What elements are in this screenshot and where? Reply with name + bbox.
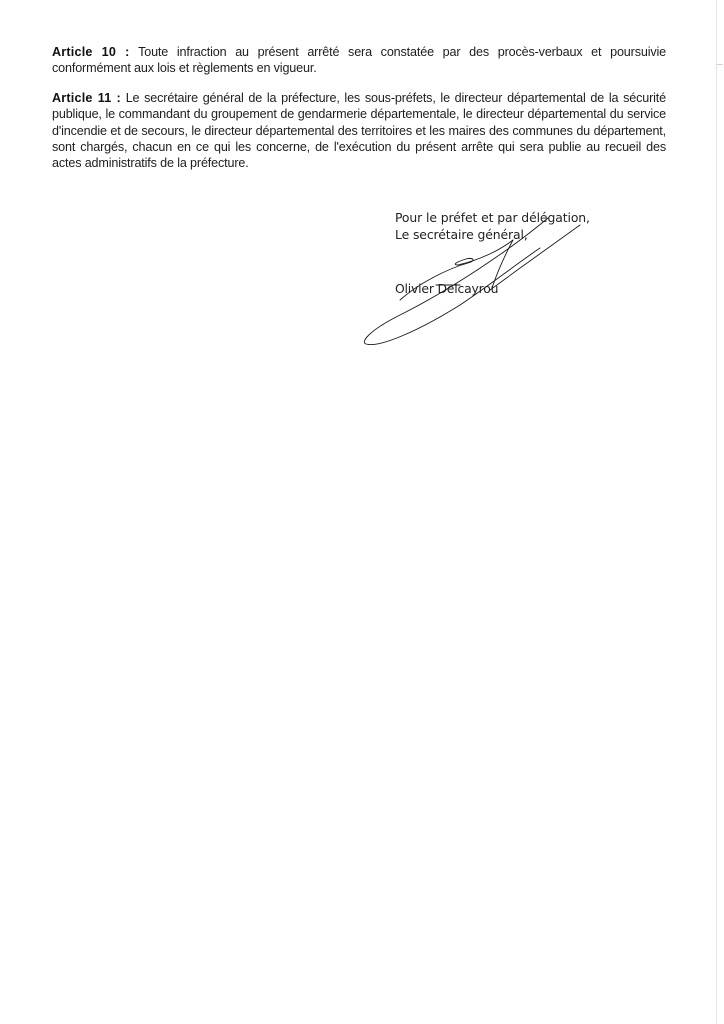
scan-edge-line xyxy=(716,0,717,1024)
article-11-label: Article 11 : xyxy=(52,91,121,105)
document-page: Article 10 : Toute infraction au présent… xyxy=(0,0,724,1024)
article-10: Article 10 : Toute infraction au présent… xyxy=(52,44,666,77)
delegation-line: Pour le préfet et par délégation, xyxy=(395,210,590,227)
scan-edge-mark xyxy=(716,64,723,65)
article-10-text: Toute infraction au présent arrêté sera … xyxy=(52,45,666,75)
article-11-text: Le secrétaire général de la préfecture, … xyxy=(52,91,666,170)
signature-scribble-icon xyxy=(340,230,600,360)
article-10-label: Article 10 : xyxy=(52,45,130,59)
article-11: Article 11 : Le secrétaire général de la… xyxy=(52,90,666,171)
